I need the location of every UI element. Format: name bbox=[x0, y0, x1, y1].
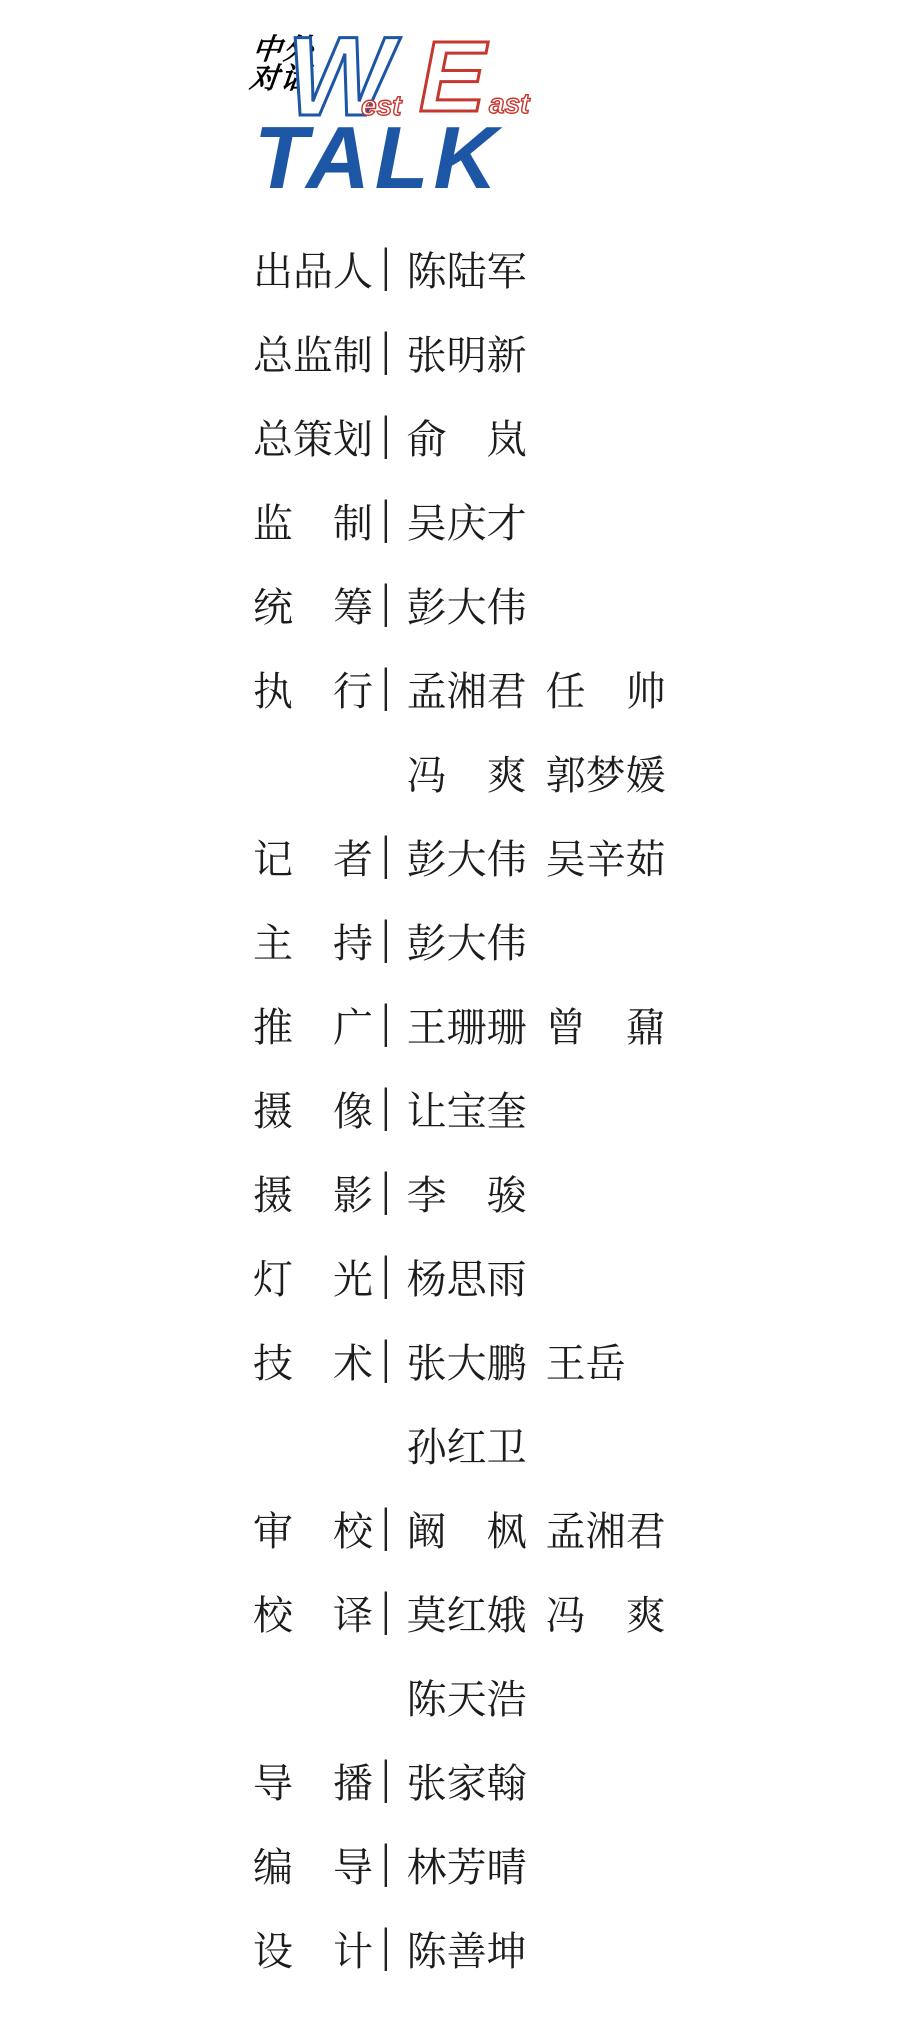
credit-name: 孟湘君 bbox=[546, 1500, 666, 1557]
credit-role: 设 计 bbox=[253, 1920, 375, 1977]
credit-role: 统 筹 bbox=[253, 576, 375, 633]
credit-name: 陈善坤 bbox=[407, 1920, 527, 1977]
credit-row: 统 筹 | 彭大伟 bbox=[253, 562, 666, 646]
credit-names: 陈天浩 bbox=[407, 1668, 527, 1725]
credit-separator: | bbox=[381, 1250, 391, 1298]
credit-name: 林芳晴 bbox=[407, 1836, 527, 1893]
credit-separator: | bbox=[381, 1754, 391, 1802]
credit-role: 编 导 bbox=[253, 1836, 375, 1893]
credit-separator: | bbox=[381, 914, 391, 962]
credit-separator: | bbox=[381, 1334, 391, 1382]
credit-row: | 冯 爽郭梦媛 bbox=[253, 730, 666, 814]
credit-row: 执 行 | 孟湘君任 帅 bbox=[253, 646, 666, 730]
credit-name: 杨思雨 bbox=[407, 1248, 527, 1305]
credit-role: 记 者 bbox=[253, 828, 375, 885]
credits-list: 出品人 | 陈陆军 总监制 | 张明新 总策划 | 俞 岚 监 制 | 吴庆才 … bbox=[253, 226, 666, 1990]
credit-name: 吴辛茹 bbox=[546, 828, 666, 885]
credit-separator: | bbox=[381, 1838, 391, 1886]
credit-row: 校 译 | 莫红娥冯 爽 bbox=[253, 1570, 666, 1654]
credit-row: 编 导 | 林芳晴 bbox=[253, 1822, 666, 1906]
credit-names: 陈善坤 bbox=[407, 1920, 527, 1977]
credit-separator: | bbox=[381, 662, 391, 710]
credit-row: 主 持 | 彭大伟 bbox=[253, 898, 666, 982]
credit-names: 彭大伟 bbox=[407, 576, 527, 633]
credit-names: 李 骏 bbox=[407, 1164, 527, 1221]
credit-names: 陈陆军 bbox=[407, 240, 527, 297]
credit-names: 吴庆才 bbox=[407, 492, 527, 549]
credit-role: 审 校 bbox=[253, 1500, 375, 1557]
credit-names: 张家翰 bbox=[407, 1752, 527, 1809]
credit-name: 张明新 bbox=[407, 324, 527, 381]
credit-name: 孟湘君 bbox=[407, 660, 527, 717]
credit-separator: | bbox=[381, 1502, 391, 1550]
credit-row: 出品人 | 陈陆军 bbox=[253, 226, 666, 310]
credit-names: 彭大伟吴辛茹 bbox=[407, 828, 666, 885]
credit-name: 任 帅 bbox=[546, 660, 666, 717]
credit-names: 莫红娥冯 爽 bbox=[407, 1584, 666, 1641]
credit-separator: | bbox=[381, 998, 391, 1046]
credit-row: 总监制 | 张明新 bbox=[253, 310, 666, 394]
credit-row: 审 校 | 阚 枫孟湘君 bbox=[253, 1486, 666, 1570]
we-talk-logo: 中外对话 W est E ast TALK bbox=[0, 0, 900, 230]
credit-name: 陈陆军 bbox=[407, 240, 527, 297]
credit-row: 导 播 | 张家翰 bbox=[253, 1738, 666, 1822]
credit-names: 俞 岚 bbox=[407, 408, 527, 465]
credit-name: 张大鹏 bbox=[407, 1332, 527, 1389]
credit-names: 阚 枫孟湘君 bbox=[407, 1500, 666, 1557]
credit-role: 摄 像 bbox=[253, 1080, 375, 1137]
credit-role: 校 译 bbox=[253, 1584, 375, 1641]
credit-name: 孙红卫 bbox=[407, 1416, 527, 1473]
credit-names: 让宝奎 bbox=[407, 1080, 527, 1137]
credit-name: 阚 枫 bbox=[407, 1500, 527, 1557]
credit-role: 摄 影 bbox=[253, 1164, 375, 1221]
credit-name: 冯 爽 bbox=[407, 744, 527, 801]
credit-role: 总监制 bbox=[253, 324, 375, 381]
credit-name: 彭大伟 bbox=[407, 576, 527, 633]
credit-separator: | bbox=[381, 326, 391, 374]
credit-role: 监 制 bbox=[253, 492, 375, 549]
credit-names: 张大鹏王岳 bbox=[407, 1332, 626, 1389]
credit-name: 王珊珊 bbox=[407, 996, 527, 1053]
credit-role: 灯 光 bbox=[253, 1248, 375, 1305]
credit-name: 彭大伟 bbox=[407, 912, 527, 969]
credit-names: 彭大伟 bbox=[407, 912, 527, 969]
credit-separator: | bbox=[381, 494, 391, 542]
credit-names: 孟湘君任 帅 bbox=[407, 660, 666, 717]
credit-role: 出品人 bbox=[253, 240, 375, 297]
credit-names: 张明新 bbox=[407, 324, 527, 381]
credit-role: 导 播 bbox=[253, 1752, 375, 1809]
credit-row: 推 广 | 王珊珊曾 鼐 bbox=[253, 982, 666, 1066]
credits-page: 中外对话 W est E ast TALK 出品人 | 陈陆军 总监制 | 张明… bbox=[0, 0, 900, 2043]
credit-role: 总策划 bbox=[253, 408, 375, 465]
credit-name: 吴庆才 bbox=[407, 492, 527, 549]
credit-name: 曾 鼐 bbox=[546, 996, 666, 1053]
credit-role: 主 持 bbox=[253, 912, 375, 969]
credit-name: 彭大伟 bbox=[407, 828, 527, 885]
credit-separator: | bbox=[381, 578, 391, 626]
credit-row: 设 计 | 陈善坤 bbox=[253, 1906, 666, 1990]
credit-separator: | bbox=[381, 410, 391, 458]
credit-separator: | bbox=[381, 242, 391, 290]
credit-separator: | bbox=[381, 1082, 391, 1130]
credit-names: 杨思雨 bbox=[407, 1248, 527, 1305]
credit-name: 郭梦媛 bbox=[546, 744, 666, 801]
credit-names: 孙红卫 bbox=[407, 1416, 527, 1473]
credit-names: 王珊珊曾 鼐 bbox=[407, 996, 666, 1053]
credit-row: 摄 像 | 让宝奎 bbox=[253, 1066, 666, 1150]
credit-name: 让宝奎 bbox=[407, 1080, 527, 1137]
credit-name: 冯 爽 bbox=[546, 1584, 666, 1641]
credit-name: 王岳 bbox=[546, 1332, 626, 1389]
credit-separator: | bbox=[381, 1166, 391, 1214]
credit-names: 冯 爽郭梦媛 bbox=[407, 744, 666, 801]
credit-name: 张家翰 bbox=[407, 1752, 527, 1809]
credit-row: 摄 影 | 李 骏 bbox=[253, 1150, 666, 1234]
credit-row: | 陈天浩 bbox=[253, 1654, 666, 1738]
credit-role: 执 行 bbox=[253, 660, 375, 717]
credit-row: 总策划 | 俞 岚 bbox=[253, 394, 666, 478]
credit-row: 灯 光 | 杨思雨 bbox=[253, 1234, 666, 1318]
credit-row: 记 者 | 彭大伟吴辛茹 bbox=[253, 814, 666, 898]
credit-separator: | bbox=[381, 1922, 391, 1970]
credit-name: 莫红娥 bbox=[407, 1584, 527, 1641]
credit-name: 陈天浩 bbox=[407, 1668, 527, 1725]
credit-row: | 孙红卫 bbox=[253, 1402, 666, 1486]
credit-name: 俞 岚 bbox=[407, 408, 527, 465]
credit-separator: | bbox=[381, 830, 391, 878]
credit-role: 技 术 bbox=[253, 1332, 375, 1389]
logo-talk-text: TALK bbox=[254, 114, 502, 202]
credit-separator: | bbox=[381, 1586, 391, 1634]
credit-role: 推 广 bbox=[253, 996, 375, 1053]
credit-name: 李 骏 bbox=[407, 1164, 527, 1221]
credit-row: 技 术 | 张大鹏王岳 bbox=[253, 1318, 666, 1402]
credit-names: 林芳晴 bbox=[407, 1836, 527, 1893]
credit-row: 监 制 | 吴庆才 bbox=[253, 478, 666, 562]
